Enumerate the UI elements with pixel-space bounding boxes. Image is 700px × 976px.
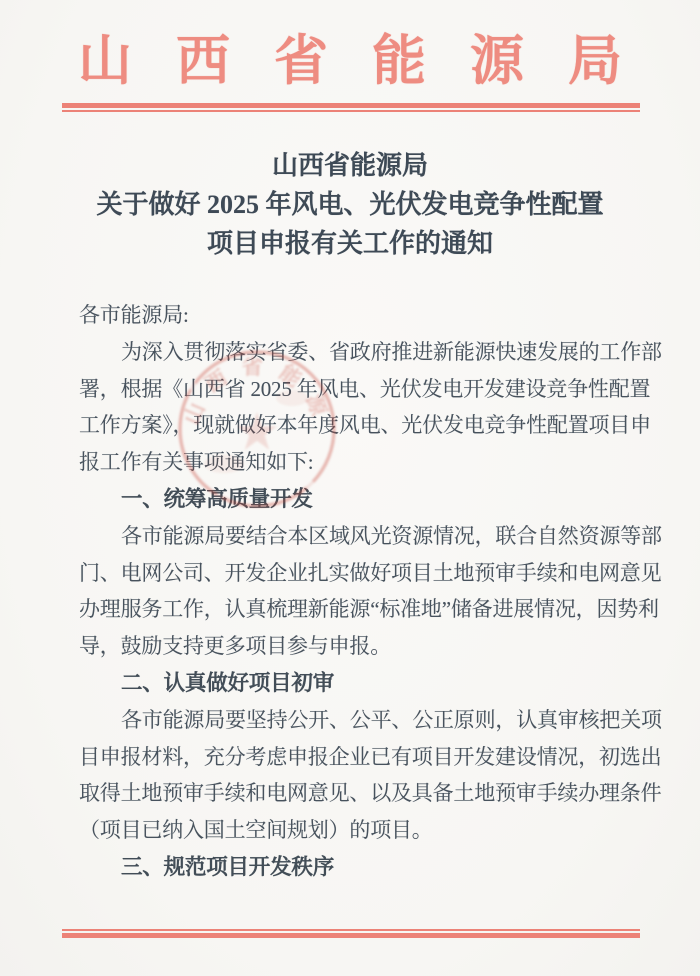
section-heading-2: 二、认真做好项目初审 xyxy=(79,665,642,702)
body-line: 各市能源局要结合本区域风光资源情况，联合自然资源等部 xyxy=(79,518,642,555)
document-page: 山西省能源局 山西省能源局 关于做好 2025 年风电、光伏发电竞争性配置 项目… xyxy=(0,0,700,976)
body-line: （项目已纳入国土空间规划）的项目。 xyxy=(79,812,642,849)
document-title: 山西省能源局 关于做好 2025 年风电、光伏发电竞争性配置 项目申报有关工作的… xyxy=(0,146,700,263)
document-title-line-2: 关于做好 2025 年风电、光伏发电竞争性配置 xyxy=(0,185,700,224)
body-line: 工作方案》，现就做好本年度风电、光伏发电竞争性配置项目申 xyxy=(79,407,642,444)
document-title-line-3: 项目申报有关工作的通知 xyxy=(0,224,700,263)
letterhead-agency: 山西省能源局 xyxy=(0,30,700,92)
body-line: 办理服务工作，认真梳理新能源“标准地”储备进展情况，因势利 xyxy=(79,591,642,628)
section-heading-3: 三、规范项目开发秩序 xyxy=(79,849,642,886)
footer-divider-line xyxy=(62,929,640,938)
section-heading-1: 一、统筹高质量开发 xyxy=(79,481,642,518)
body-line: 各市能源局要坚持公开、公平、公正原则，认真审核把关项 xyxy=(79,702,642,739)
body-line: 取得土地预审手续和电网意见、以及具备土地预审手续办理条件 xyxy=(79,775,642,812)
body-line: 门、电网公司、开发企业扎实做好项目土地预审手续和电网意见 xyxy=(79,555,642,592)
salutation: 各市能源局: xyxy=(79,297,642,334)
body-line: 导，鼓励支持更多项目参与申报。 xyxy=(79,628,642,665)
document-body: 各市能源局: 为深入贯彻落实省委、省政府推进新能源快速发展的工作部 署，根据《山… xyxy=(79,297,642,886)
document-title-line-1: 山西省能源局 xyxy=(0,146,700,185)
body-line: 报工作有关事项通知如下: xyxy=(79,444,642,481)
body-line: 署，根据《山西省 2025 年风电、光伏发电开发建设竞争性配置 xyxy=(79,371,642,408)
body-line: 目申报材料，充分考虑申报企业已有项目开发建设情况，初选出 xyxy=(79,739,642,776)
letterhead-divider-line xyxy=(62,103,640,112)
body-line: 为深入贯彻落实省委、省政府推进新能源快速发展的工作部 xyxy=(79,334,642,371)
